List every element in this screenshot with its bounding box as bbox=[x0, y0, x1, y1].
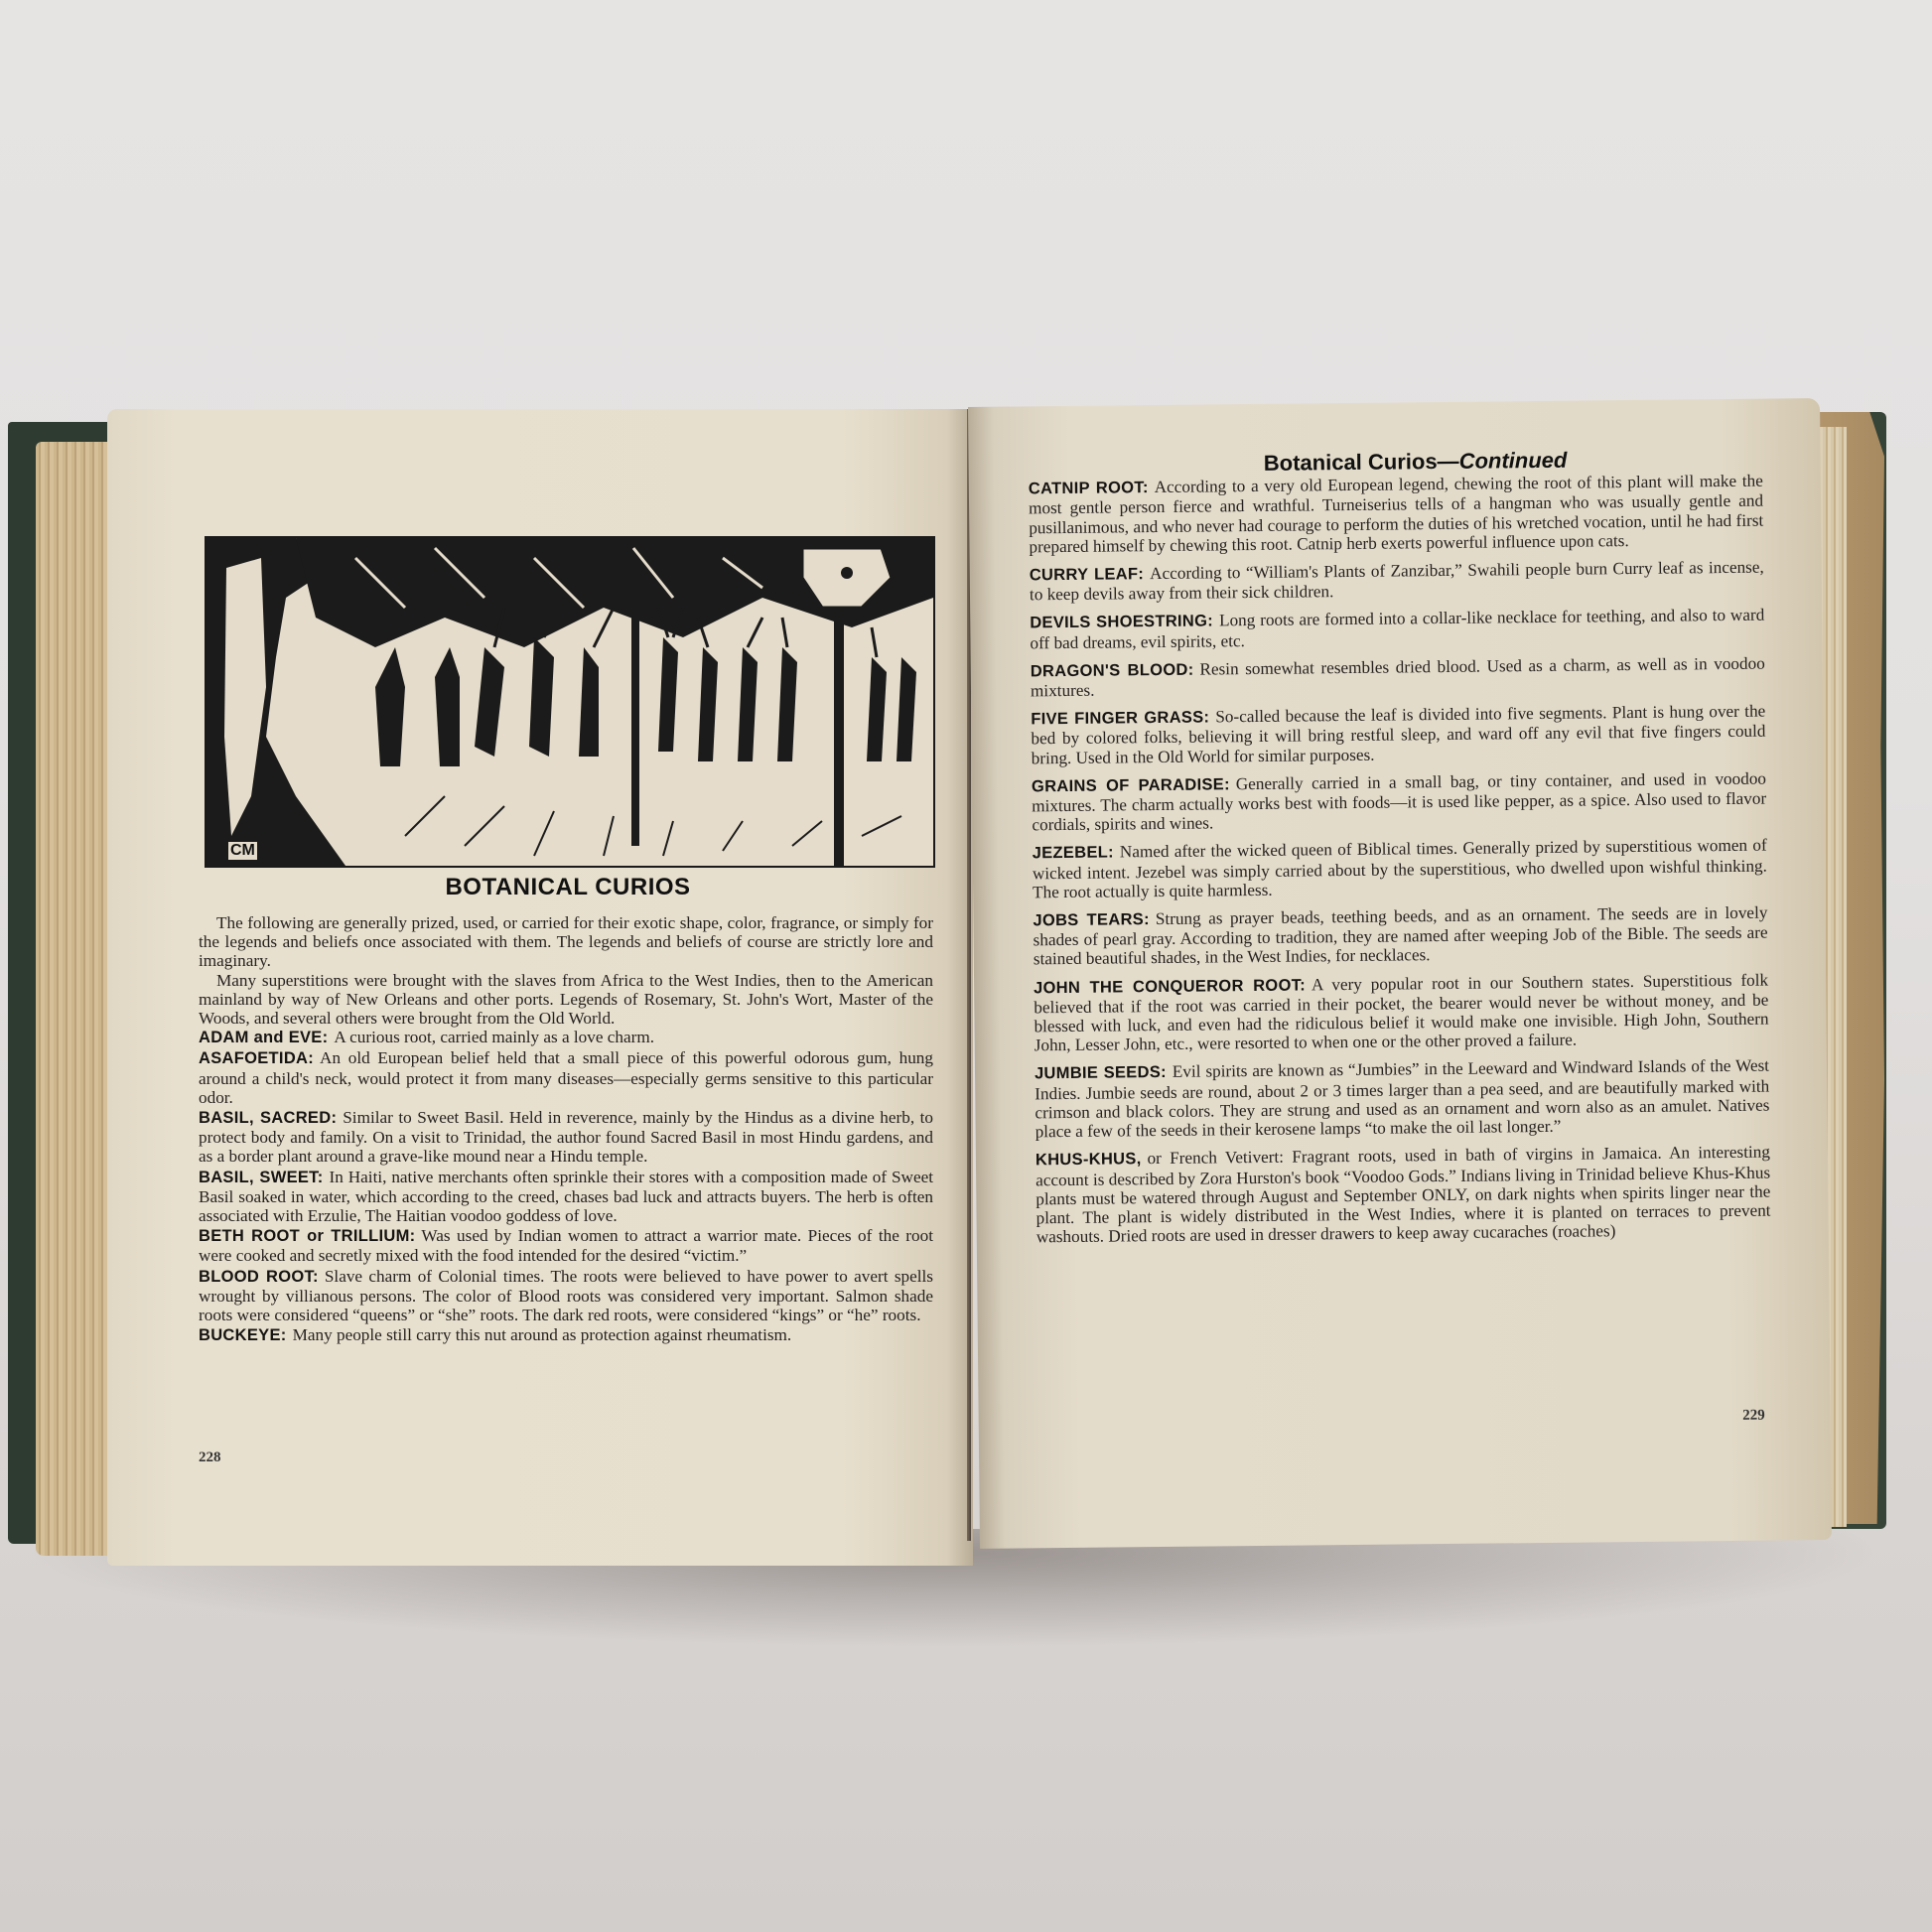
page-title: BOTANICAL CURIOS bbox=[205, 874, 931, 901]
entry-jezebel: JEZEBEL:Named after the wicked queen of … bbox=[1033, 836, 1768, 901]
entry-term: GRAINS OF PARADISE: bbox=[1032, 775, 1230, 795]
page-stack-left bbox=[36, 442, 107, 1556]
page-number: 229 bbox=[1742, 1408, 1765, 1425]
dance-illustration: CM bbox=[205, 536, 935, 868]
entry-term: BLOOD ROOT: bbox=[199, 1268, 319, 1286]
entry-catnip-root: CATNIP ROOT:According to a very old Euro… bbox=[1029, 472, 1764, 557]
entry-blood-root: BLOOD ROOT:Slave charm of Colonial times… bbox=[199, 1267, 933, 1325]
entry-term: JOBS TEARS: bbox=[1033, 910, 1150, 929]
entry-term: CATNIP ROOT: bbox=[1029, 479, 1149, 497]
entry-term: BUCKEYE: bbox=[199, 1326, 287, 1344]
left-body-text: The following are generally prized, used… bbox=[199, 913, 933, 1346]
entry-term: CURRY LEAF: bbox=[1030, 565, 1145, 584]
page-number: 228 bbox=[199, 1449, 221, 1466]
intro-paragraph: The following are generally prized, used… bbox=[199, 913, 933, 971]
entry-dragons-blood: DRAGON'S BLOOD:Resin somewhat resembles … bbox=[1031, 653, 1765, 700]
entry-term: JEZEBEL: bbox=[1033, 844, 1114, 863]
entry-text: Many people still carry this nut around … bbox=[293, 1325, 792, 1344]
entry-john-the-conqueror: JOHN THE CONQUEROR ROOT:A very popular r… bbox=[1034, 970, 1769, 1055]
continued-title-suffix: Continued bbox=[1458, 448, 1567, 474]
entry-term: BETH ROOT or TRILLIUM: bbox=[199, 1227, 415, 1245]
continued-title: Botanical Curios—Continued bbox=[1068, 449, 1763, 476]
entry-grains-of-paradise: GRAINS OF PARADISE:Generally carried in … bbox=[1032, 768, 1767, 834]
entry-adam-and-eve: ADAM and EVE:A curious root, carried mai… bbox=[199, 1028, 933, 1047]
entry-jobs-tears: JOBS TEARS:Strung as prayer beads, teeth… bbox=[1033, 903, 1768, 969]
entry-beth-root: BETH ROOT or TRILLIUM:Was used by Indian… bbox=[199, 1226, 933, 1265]
entry-term: ADAM and EVE: bbox=[199, 1029, 328, 1046]
illustration-signature: CM bbox=[228, 842, 257, 860]
entry-text: Named after the wicked queen of Biblical… bbox=[1033, 836, 1767, 901]
entry-term: JOHN THE CONQUEROR ROOT: bbox=[1034, 976, 1306, 997]
entry-text: A curious root, carried mainly as a love… bbox=[334, 1028, 654, 1046]
entry-term: FIVE FINGER GRASS: bbox=[1031, 709, 1209, 729]
right-page: Botanical Curios—Continued CATNIP ROOT:A… bbox=[968, 398, 1832, 1549]
entry-devils-shoestring: DEVILS SHOESTRING:Long roots are formed … bbox=[1030, 606, 1764, 652]
entry-term: DRAGON'S BLOOD: bbox=[1031, 660, 1194, 680]
entry-buckeye: BUCKEYE:Many people still carry this nut… bbox=[199, 1325, 933, 1345]
entry-text: or French Vetivert: Fragrant roots, used… bbox=[1035, 1143, 1771, 1247]
entry-basil-sweet: BASIL, SWEET:In Haiti, native merchants … bbox=[199, 1168, 933, 1226]
entry-term: ASAFOETIDA: bbox=[199, 1049, 314, 1067]
entry-term: KHUS-KHUS, bbox=[1035, 1151, 1142, 1170]
illustration-drawing-icon bbox=[207, 538, 933, 866]
entry-asafoetida: ASAFOETIDA:An old European belief held t… bbox=[199, 1048, 933, 1107]
left-page: CM BOTANICAL CURIOS The following are ge… bbox=[107, 409, 973, 1566]
entry-term: JUMBIE SEEDS: bbox=[1035, 1063, 1167, 1082]
entry-term: BASIL, SWEET: bbox=[199, 1169, 324, 1186]
intro-paragraph: Many superstitions were brought with the… bbox=[199, 971, 933, 1029]
entry-term: DEVILS SHOESTRING: bbox=[1030, 613, 1213, 632]
entry-basil-sacred: BASIL, SACRED:Similar to Sweet Basil. He… bbox=[199, 1108, 933, 1167]
entry-five-finger-grass: FIVE FINGER GRASS:So-called because the … bbox=[1031, 702, 1766, 767]
entry-term: BASIL, SACRED: bbox=[199, 1109, 337, 1127]
entry-curry-leaf: CURRY LEAF:According to “William's Plant… bbox=[1030, 558, 1764, 605]
entry-jumbie-seeds: JUMBIE SEEDS:Evil spirits are known as “… bbox=[1035, 1056, 1770, 1142]
right-body-text: Botanical Curios—Continued CATNIP ROOT:A… bbox=[1029, 449, 1771, 1256]
continued-title-main: Botanical Curios— bbox=[1264, 449, 1459, 476]
entry-khus-khus: KHUS-KHUS,or French Vetivert: Fragrant r… bbox=[1035, 1143, 1771, 1247]
